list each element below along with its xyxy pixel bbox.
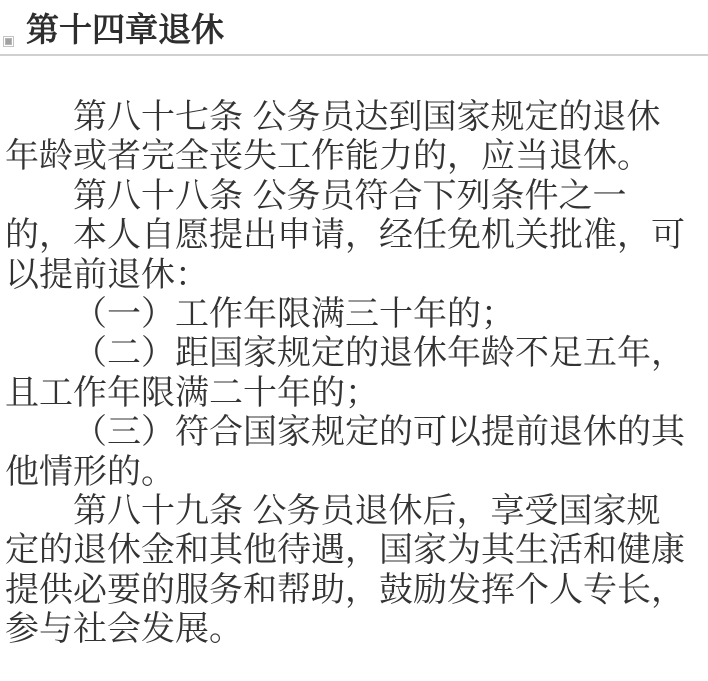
article-88: 第八十八条 公务员符合下列条件之一的，本人自愿提出申请，经任免机关批准，可以提前…	[5, 177, 702, 295]
header-divider	[0, 54, 708, 56]
square-bullet-icon	[3, 36, 14, 47]
chapter-header: 第十四章退休	[0, 0, 708, 50]
article-88-item-3: （三）符合国家规定的可以提前退休的其他情形的。	[5, 413, 702, 492]
article-88-item-2: （二）距国家规定的退休年龄不足五年，且工作年限满二十年的；	[5, 334, 702, 413]
article-89: 第八十九条 公务员退休后，享受国家规定的退休金和其他待遇，国家为其生活和健康提供…	[5, 492, 702, 650]
article-87: 第八十七条 公务员达到国家规定的退休年龄或者完全丧失工作能力的，应当退休。	[5, 98, 702, 177]
document-page: 第十四章退休 第八十七条 公务员达到国家规定的退休年龄或者完全丧失工作能力的，应…	[0, 0, 708, 681]
chapter-title: 第十四章退休	[26, 10, 708, 50]
article-88-item-1: （一）工作年限满三十年的；	[5, 295, 702, 334]
article-body: 第八十七条 公务员达到国家规定的退休年龄或者完全丧失工作能力的，应当退休。第八十…	[0, 98, 708, 650]
